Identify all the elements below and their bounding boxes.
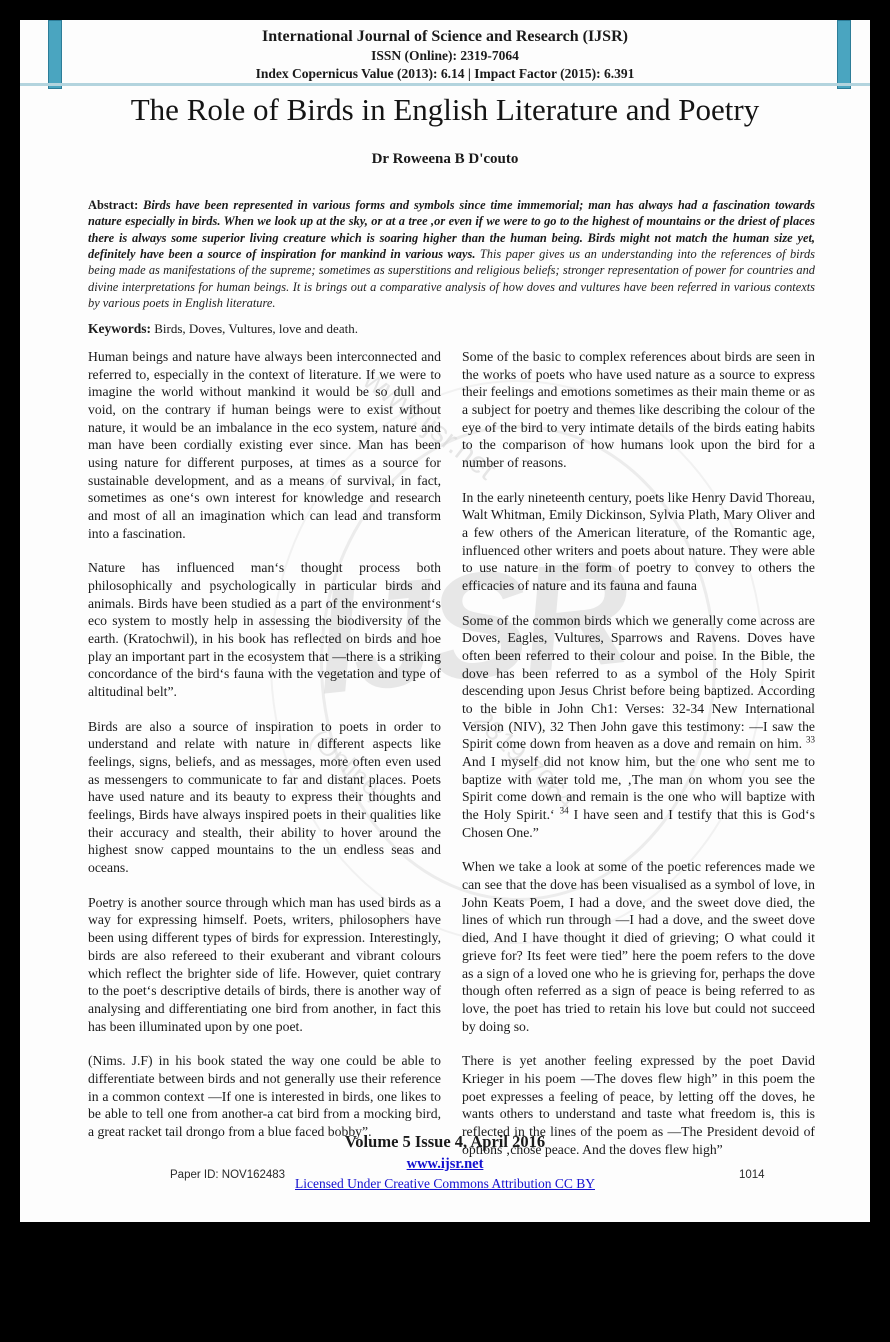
- page-number: 1014: [739, 1169, 765, 1181]
- journal-name: International Journal of Science and Res…: [20, 27, 870, 47]
- author-name: Dr Roweena B D'couto: [20, 151, 870, 168]
- keywords-label: Keywords:: [88, 321, 151, 336]
- journal-header: International Journal of Science and Res…: [20, 27, 870, 83]
- paragraph: When we take a look at some of the poeti…: [462, 858, 815, 1035]
- paragraph: Some of the common birds which we genera…: [462, 612, 815, 842]
- paragraph: In the early nineteenth century, poets l…: [462, 489, 815, 595]
- volume-line: Volume 5 Issue 4, April 2016: [20, 1132, 870, 1152]
- paragraph: Poetry is another source through which m…: [88, 894, 441, 1035]
- paper-page: www.ijsr.net IJSR (Online) 2319-7064 Int…: [20, 20, 870, 1222]
- right-column: Some of the basic to complex references …: [462, 348, 815, 1175]
- paper-title: The Role of Birds in English Literature …: [20, 92, 870, 128]
- keywords: Keywords: Birds, Doves, Vultures, love a…: [88, 321, 815, 337]
- paragraph: Birds are also a source of inspiration t…: [88, 718, 441, 877]
- paper-id: Paper ID: NOV162483: [170, 1169, 285, 1181]
- body-columns: Human beings and nature have always been…: [88, 348, 815, 1175]
- paragraph: Nature has influenced man‘s thought proc…: [88, 559, 441, 700]
- journal-site-link[interactable]: www.ijsr.net: [407, 1156, 484, 1172]
- paragraph: Human beings and nature have always been…: [88, 348, 441, 542]
- abstract-label: Abstract:: [88, 198, 138, 212]
- journal-index-line: Index Copernicus Value (2013): 6.14 | Im…: [20, 66, 870, 83]
- journal-issn: ISSN (Online): 2319-7064: [20, 48, 870, 65]
- header-divider: [20, 83, 870, 86]
- paragraph: Some of the basic to complex references …: [462, 348, 815, 472]
- license-link[interactable]: Licensed Under Creative Commons Attribut…: [295, 1176, 595, 1191]
- abstract: Abstract: Birds have been represented in…: [88, 197, 815, 311]
- keywords-text: Birds, Doves, Vultures, love and death.: [154, 321, 358, 336]
- left-column: Human beings and nature have always been…: [88, 348, 441, 1175]
- paragraph: (Nims. J.F) in his book stated the way o…: [88, 1052, 441, 1140]
